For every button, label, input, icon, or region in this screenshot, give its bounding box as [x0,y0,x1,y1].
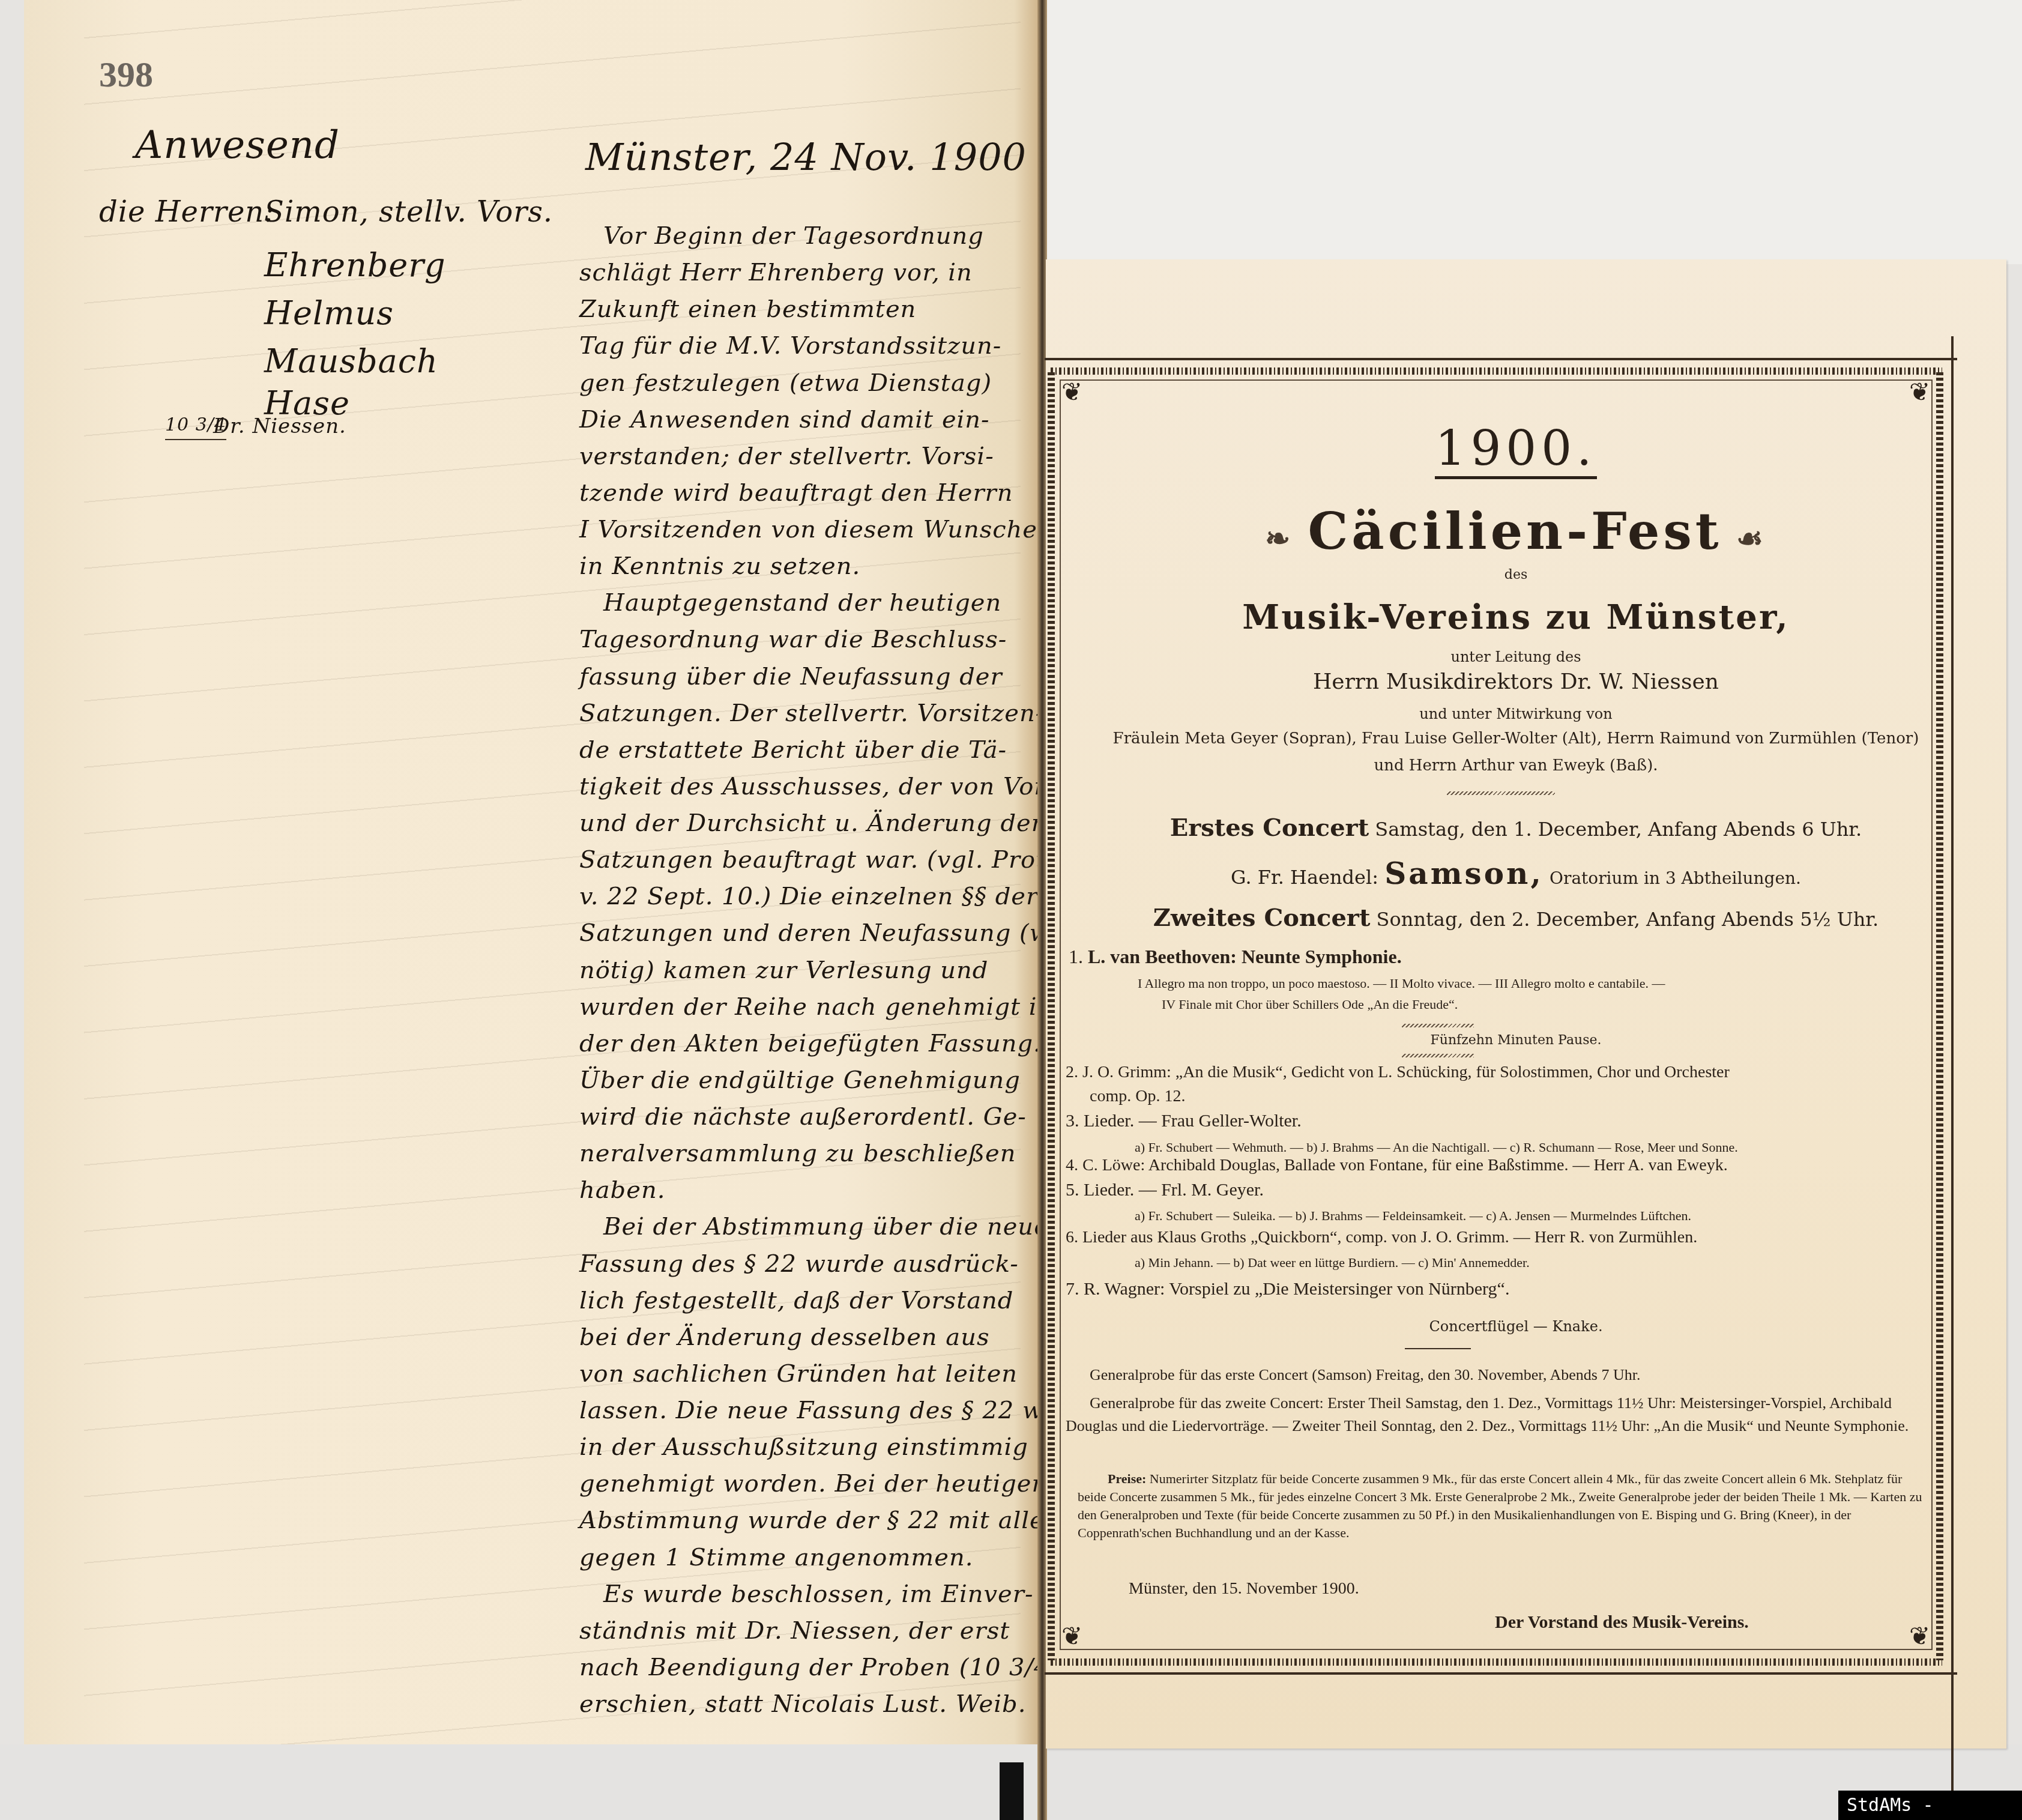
corner-ornament-icon: ❦ [1909,377,1930,407]
minutes-line: Satzungen beauftragt war. (vgl. Prot. [579,846,1054,874]
minutes-line: Tag für die M.V. Vorstandssitzun- [579,332,1001,360]
work-title: Samson, [1384,856,1544,891]
minutes-line: Über die endgültige Genehmigung [579,1066,1021,1094]
program-item-sub: a) Fr. Schubert — Wehmuth. — b) J. Brahm… [1135,1140,1738,1155]
corner-ornament-icon: ❦ [1909,1621,1930,1651]
minutes-line: Satzungen und deren Neufassung (wo [579,919,1066,947]
program-director: Herrn Musikdirektors Dr. W. Niessen [1057,670,1975,694]
program-item-sub: a) Min Jehann. — b) Dat weer en lüttge B… [1135,1255,1530,1271]
minutes-line: bei der Änderung desselben aus [579,1323,989,1351]
minutes-line: gen festzulegen (etwa Dienstag) [579,369,992,397]
minutes-line: nach Beendigung der Proben (10 3/4 h) [579,1654,1084,1681]
attendee: Helmus [264,294,394,332]
program-des: des [1057,567,1975,582]
minutes-line: Es wurde beschlossen, im Einver- [603,1580,1033,1608]
program-item-sub: IV Finale mit Chor über Schillers Ode „A… [1162,997,1458,1012]
frame-line-bottom [1045,1672,1957,1675]
frame-dashes-bottom [1051,1658,1942,1666]
program-under-direction: unter Leitung des [1057,648,1975,665]
minutes-line: schlägt Herr Ehrenberg vor, in [579,259,973,286]
attendance-heading: Anwesend [135,123,340,168]
rehearsal-2: Generalprobe für das zweite Concert: Ers… [1066,1392,1933,1438]
signature: Der Vorstand des Musik-Vereins. [1495,1612,1749,1633]
year-text: 1900. [1435,420,1596,479]
minutes-line: Satzungen. Der stellvertr. Vorsitzen- [579,700,1044,727]
pause-text: Fünfzehn Minuten Pause. [1057,1033,1975,1048]
program-item: 5. Lieder. — Frl. M. Geyer. [1066,1180,1264,1200]
minutes-line: Zukunft einen bestimmten [579,295,916,323]
minutes-line: ständnis mit Dr. Niessen, der erst [579,1617,1010,1645]
right-blank-page [1046,0,2022,264]
concert-1-when: Samstag, den 1. December, Anfang Abends … [1375,818,1862,841]
place-date: Münster, den 15. November 1900. [1129,1579,1359,1598]
program-item: 2. J. O. Grimm: „An die Musik“, Gedicht … [1066,1063,1730,1082]
corner-ornament-icon: ❦ [1061,377,1082,407]
minutes-line: Fassung des § 22 wurde ausdrück- [579,1250,1019,1278]
minutes-line: in Kenntnis zu setzen. [579,552,860,580]
minutes-line: lich festgestellt, daß der Vorstand [579,1287,1013,1314]
program-with-participation: und unter Mitwirkung von [1057,706,1975,722]
rehearsal-1: Generalprobe für das erste Concert (Sams… [1090,1366,1930,1384]
piano-credit: Concertflügel — Knake. [1057,1318,1975,1335]
program-soloists-2: und Herrn Arthur van Eweyk (Baß). [1057,757,1975,775]
minutes-line: v. 22 Sept. 10.) Die einzelnen §§ der [579,883,1038,910]
minutes-line: und der Durchsicht u. Änderung der [579,809,1043,837]
minutes-line: Vor Beginn der Tagesordnung [603,222,984,250]
program-item: 1. L. van Beethoven: Neunte Symphonie. [1069,946,1402,968]
divider-squiggle [1402,1054,1474,1057]
attendee-late: Dr. Niessen. [213,414,346,438]
attendee: Mausbach [264,342,438,380]
work-desc: Oratorium in 3 Abtheilungen. [1550,868,1801,888]
divider-squiggle [1402,1024,1474,1027]
minutes-line: der den Akten beigefügten Fassung. [579,1030,1042,1057]
attendance-prefix: die Herren: [99,195,274,229]
minutes-line: nötig) kamen zur Verlesung und [579,957,988,984]
minutes-line: wird die nächste außerordentl. Ge- [579,1103,1027,1131]
program-item: 3. Lieder. — Frau Geller-Wolter. [1066,1111,1302,1131]
concert-1-line: Erstes Concert Samstag, den 1. December,… [1057,814,1975,842]
program-year: 1900. [1057,420,1975,476]
concert-1-work: G. Fr. Haendel: Samson, Oratorium in 3 A… [1057,856,1975,891]
divider-rule [1405,1348,1471,1349]
minutes-line: in der Ausschußsitzung einstimmig [579,1433,1028,1461]
program-item-sub: I Allegro ma non troppo, un poco maestos… [1138,976,1665,991]
frame-dashes-left [1048,372,1055,1660]
minutes-line: genehmigt worden. Bei der heutigen [579,1470,1048,1498]
program-item-sub: a) Fr. Schubert — Suleika. — b) J. Brahm… [1135,1208,1691,1224]
prices-block: Preise: Numerirter Sitzplatz für beide C… [1078,1470,1933,1542]
program-society: Musik-Vereins zu Münster, [1057,597,1975,637]
attendee: Ehrenberg [264,246,446,284]
minutes-line: haben. [579,1176,665,1204]
minutes-line: tzende wird beauftragt den Herrn [579,479,1013,507]
divider-squiggle [1447,791,1555,795]
minutes-line: tigkeit des Ausschusses, der von Vor- [579,773,1055,800]
minutes-line: erschien, statt Nicolais Lust. Weib. [579,1690,1026,1718]
concert-1-label: Erstes Concert [1170,814,1369,842]
program-item: 7. R. Wagner: Vorspiel zu „Die Meistersi… [1066,1279,1509,1299]
minutes-line: lassen. Die neue Fassung des § 22 war [579,1397,1070,1424]
minutes-line: I Vorsitzenden von diesem Wunsche [579,516,1037,543]
archive-label: StdAMs - MV_004_653 [1838,1791,2022,1820]
concert-2-line: Zweites Concert Sonntag, den 2. December… [1057,904,1975,932]
minutes-line: de erstattete Bericht über die Tä- [579,736,1007,764]
minutes-line: Bei der Abstimmung über die neue [603,1213,1049,1241]
minutes-line: wurden der Reihe nach genehmigt in [579,993,1053,1021]
minutes-line: von sachlichen Gründen hat leiten [579,1360,1018,1388]
bookmark-ribbon [1000,1762,1024,1820]
minutes-line: neralversammlung zu beschließen [579,1140,1016,1167]
minutes-line: Tagesordnung war die Beschluss- [579,626,1007,653]
attendee: Simon, stellv. Vors. [264,195,553,229]
frame-dashes-right [1936,372,1943,1660]
program-item: 4. C. Löwe: Archibald Douglas, Ballade v… [1066,1156,1728,1175]
minutes-line: Hauptgegenstand der heutigen [603,589,1001,617]
minutes-line: verstanden; der stellvertr. Vorsi- [579,443,994,470]
concert-2-label: Zweites Concert [1153,904,1371,932]
concert-2-when: Sonntag, den 2. December, Anfang Abends … [1377,908,1879,931]
minutes-line: Abstimmung wurde der § 22 mit allen [579,1507,1061,1534]
flourish-right-icon: ☙ [1722,521,1767,556]
work-composer: G. Fr. Haendel: [1231,866,1378,889]
minutes-line: Die Anwesenden sind damit ein- [579,406,990,434]
corner-ornament-icon: ❦ [1061,1621,1082,1651]
title-text: Cäcilien-Fest [1308,501,1722,561]
program-item-sub: comp. Op. 12. [1090,1087,1185,1106]
program-soloists-1: Fräulein Meta Geyer (Sopran), Frau Luise… [1057,730,1975,748]
program-title: ❧ Cäcilien-Fest ☙ [1057,501,1975,561]
frame-line-top [1045,358,1957,360]
frame-dashes-top [1051,367,1942,375]
page-number: 398 [99,54,153,95]
minutes-line: fassung über die Neufassung der [579,663,1003,691]
flourish-left-icon: ❧ [1265,521,1308,556]
minutes-date: Münster, 24 Nov. 1900 [585,135,1027,179]
minutes-line: gegen 1 Stimme angenommen. [579,1544,973,1571]
program-item: 6. Lieder aus Klaus Groths „Quickborn“, … [1066,1228,1697,1247]
